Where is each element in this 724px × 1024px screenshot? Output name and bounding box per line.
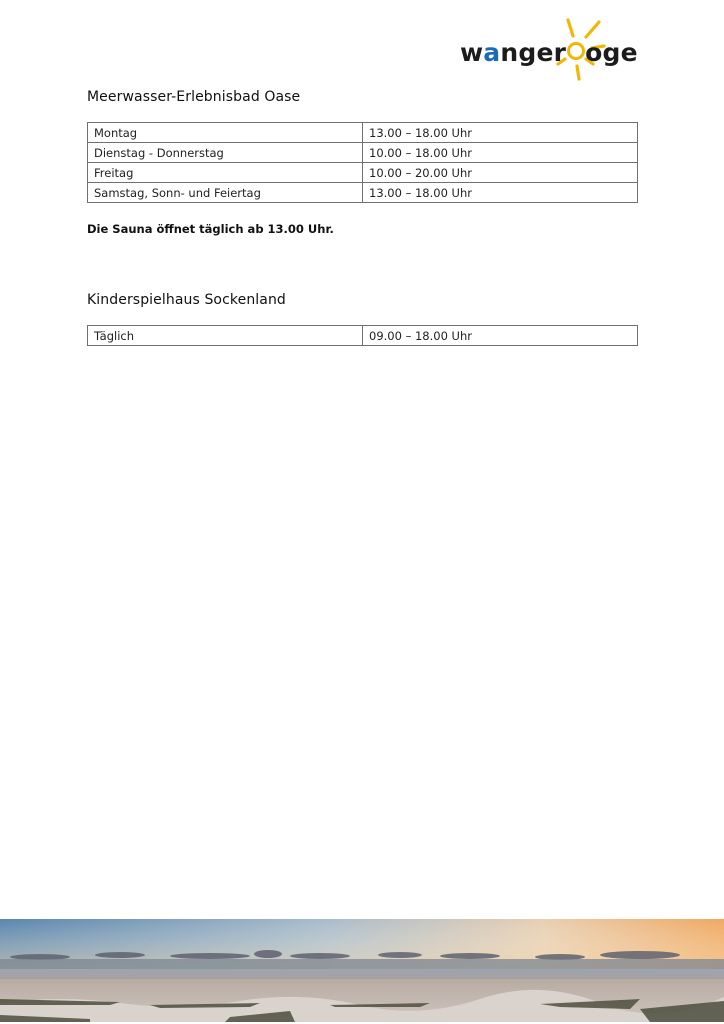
hours-table-oase: Montag13.00 – 18.00 Uhr Dienstag - Donne… bbox=[87, 122, 638, 203]
table-row: Freitag10.00 – 20.00 Uhr bbox=[88, 163, 638, 183]
beach-panorama-image bbox=[0, 919, 724, 1022]
day-cell: Täglich bbox=[88, 326, 363, 346]
logo-text-w: w bbox=[460, 38, 483, 67]
table-row: Täglich09.00 – 18.00 Uhr bbox=[88, 326, 638, 346]
day-cell: Montag bbox=[88, 123, 363, 143]
table-row: Samstag, Sonn- und Feiertag13.00 – 18.00… bbox=[88, 183, 638, 203]
hours-table-sockenland: Täglich09.00 – 18.00 Uhr bbox=[87, 325, 638, 346]
day-cell: Freitag bbox=[88, 163, 363, 183]
day-cell: Samstag, Sonn- und Feiertag bbox=[88, 183, 363, 203]
hours-cell: 10.00 – 20.00 Uhr bbox=[363, 163, 638, 183]
section-title-oase: Meerwasser-Erlebnisbad Oase bbox=[87, 89, 300, 105]
table-row: Montag13.00 – 18.00 Uhr bbox=[88, 123, 638, 143]
hours-cell: 13.00 – 18.00 Uhr bbox=[363, 123, 638, 143]
sauna-note: Die Sauna öffnet täglich ab 13.00 Uhr. bbox=[87, 222, 334, 236]
hours-cell: 09.00 – 18.00 Uhr bbox=[363, 326, 638, 346]
logo-text-nger: nger bbox=[500, 38, 566, 67]
table-row: Dienstag - Donnerstag10.00 – 18.00 Uhr bbox=[88, 143, 638, 163]
hours-cell: 10.00 – 18.00 Uhr bbox=[363, 143, 638, 163]
section-title-sockenland: Kinderspielhaus Sockenland bbox=[87, 292, 286, 308]
logo-wordmark: wangeroge bbox=[460, 38, 638, 67]
logo-text-accent: a bbox=[483, 38, 500, 67]
hours-cell: 13.00 – 18.00 Uhr bbox=[363, 183, 638, 203]
logo-text-oge: oge bbox=[585, 38, 638, 67]
day-cell: Dienstag - Donnerstag bbox=[88, 143, 363, 163]
wangerooge-logo: wangeroge bbox=[458, 16, 638, 82]
